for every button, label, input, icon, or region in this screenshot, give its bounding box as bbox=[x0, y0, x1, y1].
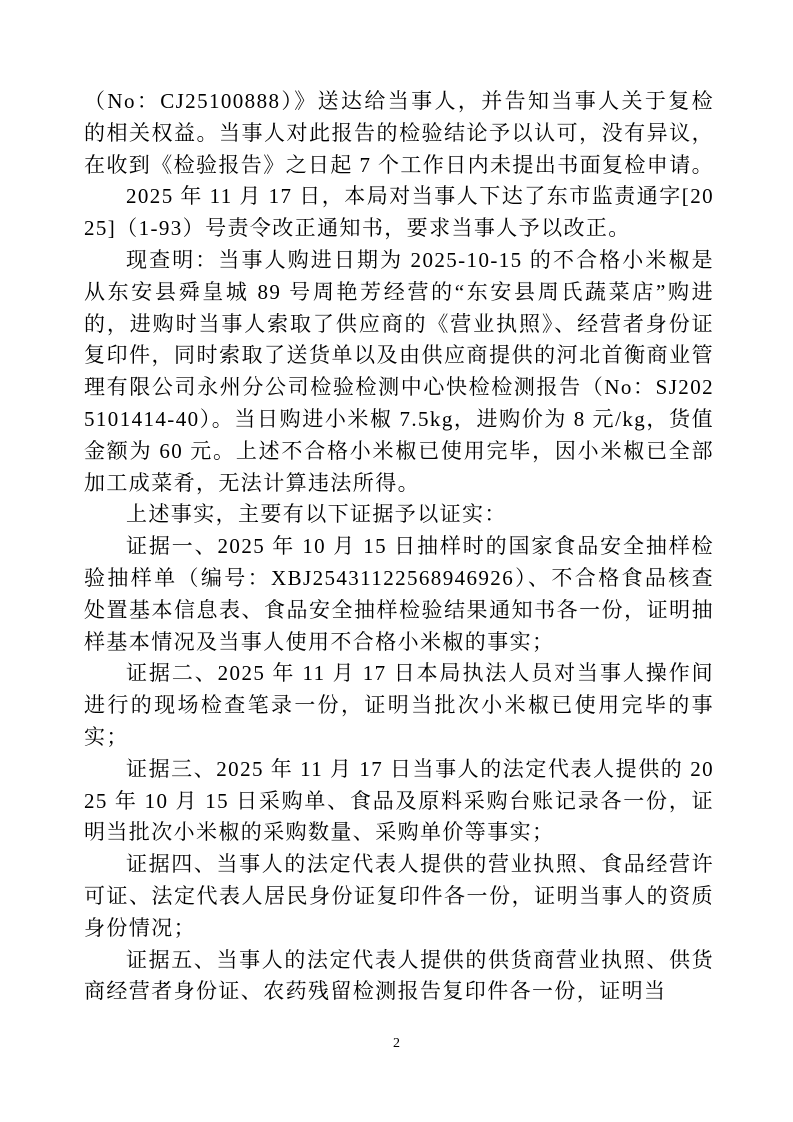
paragraph: 证据四、当事人的法定代表人提供的营业执照、食品经营许可证、法定代表人居民身份证复… bbox=[84, 849, 714, 944]
document-page: （No：CJ25100888）》送达给当事人，并告知当事人关于复检的相关权益。当… bbox=[0, 0, 793, 1122]
paragraph: 上述事实，主要有以下证据予以证实： bbox=[84, 499, 714, 531]
paragraph: 证据二、2025 年 11 月 17 日本局执法人员对当事人操作间进行的现场检查… bbox=[84, 658, 714, 753]
paragraph: 证据五、当事人的法定代表人提供的供货商营业执照、供货商经营者身份证、农药残留检测… bbox=[84, 945, 714, 1009]
page-number: 2 bbox=[0, 1036, 793, 1052]
paragraph: 证据一、2025 年 10 月 15 日抽样时的国家食品安全抽样检验抽样单（编号… bbox=[84, 531, 714, 658]
document-body: （No：CJ25100888）》送达给当事人，并告知当事人关于复检的相关权益。当… bbox=[84, 86, 714, 1008]
paragraph: 2025 年 11 月 17 日，本局对当事人下达了东市监责通字[2025]（1… bbox=[84, 181, 714, 245]
paragraph: 现查明：当事人购进日期为 2025-10-15 的不合格小米椒是从东安县舜皇城 … bbox=[84, 245, 714, 499]
paragraph: 证据三、2025 年 11 月 17 日当事人的法定代表人提供的 2025 年 … bbox=[84, 754, 714, 849]
paragraph: （No：CJ25100888）》送达给当事人，并告知当事人关于复检的相关权益。当… bbox=[84, 86, 714, 181]
